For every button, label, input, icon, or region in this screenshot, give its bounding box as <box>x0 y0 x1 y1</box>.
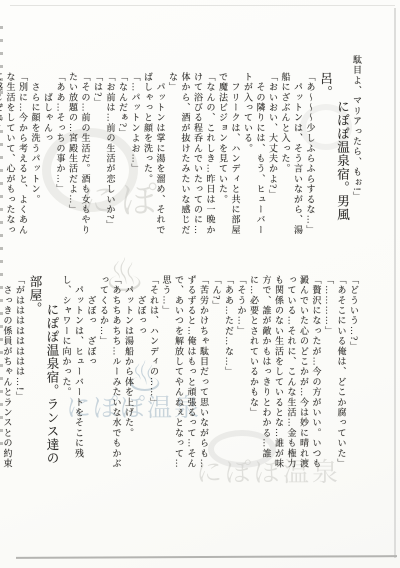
paragraph: 「別に…今から考えると、よくあんな生活をしていて、心がもったなって感じだな」 <box>0 72 29 242</box>
paragraph: 「あ〜〜〜少しふらふらするな…」 <box>304 72 317 242</box>
paragraph: 「贅沢になったが…今の方がいい。いつも澱んでいた心のどこかが…今は妙に晴れ渡って… <box>248 275 323 471</box>
paragraph: 「なんの、これしき…昨日は一晩かけて浴びる程呑んでいたってのに…体から、酒が抜け… <box>167 72 217 242</box>
paragraph: 「苦労かけちゃ駄目だって思いながらも…ずるずると…俺はもっと頑張るって…そんで、… <box>160 275 210 471</box>
paragraph: フリークは、ハンディと共に部屋で魔法ビジョンを見ていた。 <box>217 72 242 242</box>
paragraph: ざぼっ ざぼっ <box>85 275 98 471</box>
paragraph: パットンは掌に湯を溜め、それでばしゃっと顔を洗った。 <box>142 72 167 242</box>
paragraph: 「ん?」 <box>210 275 223 471</box>
paragraph: 「そうか…」 <box>235 275 248 471</box>
paragraph: 「なんだぁ?」 <box>117 72 130 242</box>
paragraph: その隣りには、もう、ヒューバートが入っている。 <box>242 72 267 242</box>
page-border-right <box>394 8 396 558</box>
page-border-top <box>10 5 395 6</box>
paragraph: 「あちちあちち…ルーみたいな水でもかぶってくるか…」 <box>98 275 123 471</box>
paragraph: ざぼっっ <box>135 275 148 471</box>
section-heading-mens-bath: にぽぽ温泉宿。男風呂。 <box>317 72 351 242</box>
paragraph: 「おいおい、大丈夫かよ?」 <box>267 72 280 242</box>
paragraph: 「あそこにいる俺は、どこか腐っていた」 <box>335 275 348 471</box>
paragraph: さっきの係員がちゃんとランスとの約束を守り生のカニを5匹、料理とは別に用意してい… <box>0 275 14 471</box>
page-border-bottom <box>16 555 397 559</box>
scanned-novel-page: にぽ ♨ ♨ にぽぽ温泉 にぽぽ温泉 駄目よ、マリアったら、もぉ!」 にぽぽ温泉… <box>0 0 400 568</box>
paragraph: 「ああ…ただ…な…」 <box>223 275 236 471</box>
paragraph: パットンは、ヒューバートをそこに残し、シャワーに向かった。 <box>60 275 85 471</box>
continuation-line: 駄目よ、マリアったら、もぉ!」 <box>351 72 364 242</box>
paragraph: パットンは、そう言いながら、湯船にざぶんと入った。 <box>279 72 304 242</box>
paragraph: パットンは湯船から体を上げた。 <box>123 275 136 471</box>
section-heading-rance-room: にぽぽ温泉宿。ランス達の部屋。 <box>26 275 60 471</box>
mens-bath-scene: 駄目よ、マリアったら、もぉ!」 にぽぽ温泉宿。男風呂。 「あ〜〜〜少しふらふらす… <box>0 72 363 242</box>
paragraph: 「…パットンよお…」 <box>129 72 142 242</box>
paragraph: ばしゃんっ <box>42 72 55 242</box>
paragraph: 「どういう…?」 <box>348 275 361 471</box>
paragraph: 「は?」 <box>92 72 105 242</box>
paragraph: 「その…前の生活だ。酒も女もやりたい放題の…宮殿生活だよ…」 <box>67 72 92 242</box>
rance-room-scene: 「どういう…?」「あそこにいる俺は、どこか腐っていた」「…………」「贅沢になった… <box>0 275 360 471</box>
paragraph: 「がはははははははは…!」 <box>14 275 27 471</box>
paragraph: 「…………」 <box>323 275 336 471</box>
paragraph: 「それは、ハンディの……」 <box>148 275 161 471</box>
paragraph: 「ああ…そっちの事か…」 <box>54 72 67 242</box>
paragraph: 「お前は…前の生活が恋しいか?」 <box>104 72 117 242</box>
paragraph: さらに顔を洗うパットン。 <box>29 72 42 242</box>
